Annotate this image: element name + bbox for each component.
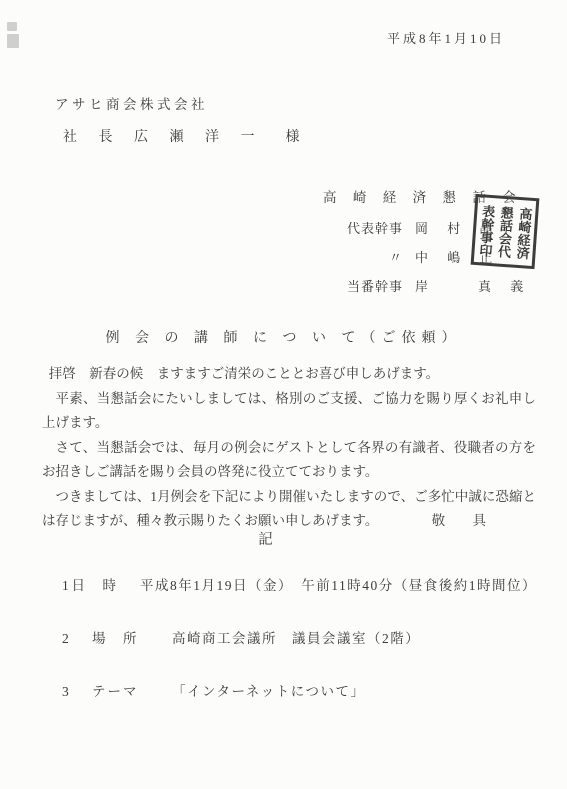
item-label: テーマ — [92, 680, 150, 700]
item-number: 1 — [62, 578, 72, 594]
body-paragraph: 平素、当懇話会にたいしましては、格別のご支援、ご協力を賜り厚くお礼申し上げます。 — [42, 387, 536, 436]
seal-stamp: 表幹事印 懇話会代 高崎経済 — [471, 194, 540, 269]
seal-column: 高崎経済 — [515, 201, 532, 265]
item-label: 日 時 — [72, 574, 119, 594]
letter-body: 拝啓 新春の候 ますますご清栄のこととお喜び申しあげます。 平素、当懇話会にたい… — [42, 362, 536, 534]
recipient-company: アサヒ商会株式会社 — [55, 93, 309, 113]
body-paragraph: さて、当懇話会では、毎月の例会にゲストとして各界の有識者、役職者の方をお招きしご… — [42, 436, 536, 485]
sender-name: 岸 真 義 — [415, 276, 531, 295]
letter-title: 例 会 の 講 師 に つ い て（ご依頼） — [0, 327, 567, 347]
recipient-honorific: 様 — [286, 130, 309, 145]
seal-column: 懇話会代 — [496, 200, 513, 264]
date-line: 平成8年1月10日 — [387, 28, 505, 47]
notice-item: 3 テーマ 「インターネットについて」 — [62, 680, 537, 700]
item-number: 2 — [62, 631, 92, 647]
notice-items: 1 日 時 平成8年1月19日（金） 午前11時40分（昼食後約1時間位） 2 … — [62, 574, 537, 733]
recipient-person: 社 長 広 瀬 洋 一 — [63, 130, 264, 145]
item-value: 「インターネットについて」 — [172, 680, 366, 700]
sender-role: 代表幹事 — [345, 218, 403, 237]
item-number: 3 — [62, 684, 92, 700]
item-value: 高崎商工会議所 議員会議室（2階） — [172, 627, 420, 647]
notice-item: 2 場 所 高崎商工会議所 議員会議室（2階） — [62, 627, 537, 647]
sender-role: 〃 — [345, 247, 403, 266]
seal-column: 表幹事印 — [478, 198, 495, 262]
scanned-letter-page: 平成8年1月10日 アサヒ商会株式会社 社 長 広 瀬 洋 一様 高 崎 経 済… — [0, 0, 567, 789]
body-paragraph: 拝啓 新春の候 ますますご清栄のこととお喜び申しあげます。 — [42, 362, 536, 387]
sender-row: 当番幹事 岸 真 義 — [345, 276, 538, 295]
recipient-person-line: 社 長 広 瀬 洋 一様 — [63, 126, 309, 146]
notice-item: 1 日 時 平成8年1月19日（金） 午前11時40分（昼食後約1時間位） — [62, 574, 537, 594]
scan-artifact — [7, 34, 19, 48]
recipient-block: アサヒ商会株式会社 社 長 広 瀬 洋 一様 — [55, 93, 309, 146]
item-label: 場 所 — [92, 627, 150, 647]
notice-heading: 記 — [0, 528, 549, 549]
sender-role: 当番幹事 — [345, 276, 403, 295]
scan-artifact — [7, 22, 17, 31]
item-value: 平成8年1月19日（金） 午前11時40分（昼食後約1時間位） — [140, 574, 537, 594]
